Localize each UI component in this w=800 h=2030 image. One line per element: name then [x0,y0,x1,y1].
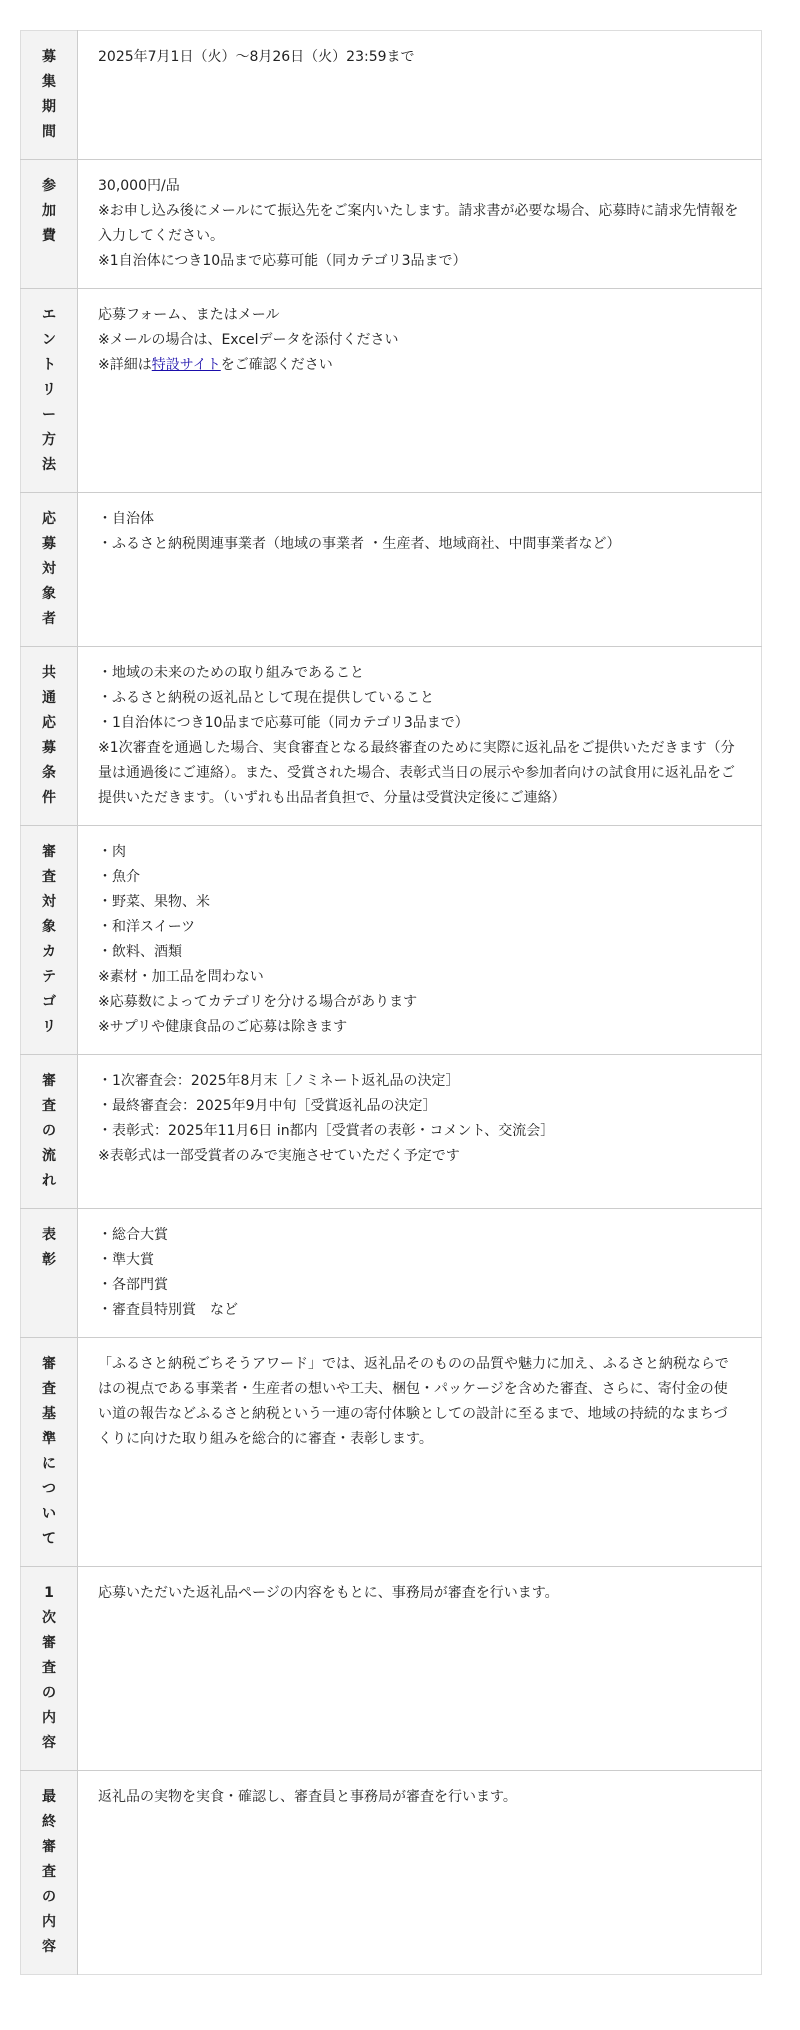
row-recruitment-period: 募集期間 2025年7月1日（火）～8月26日（火）23:59まで [21,31,762,160]
row-content: 応募いただいた返礼品ページの内容をもとに、事務局が審査を行います。 [78,1567,762,1771]
label-char: に [21,1452,77,1477]
content-line: ・野菜、果物、米 [98,890,739,915]
label-char: 共 [21,661,77,686]
row-label: 応募対象者 [21,493,78,647]
label-char: 対 [21,557,77,582]
row-final-review: 最終審査の内容 返礼品の実物を実食・確認し、審査員と事務局が審査を行います。 [21,1771,762,1975]
row-label: 表彰 [21,1209,78,1338]
label-char: 審 [21,840,77,865]
label-char: 次 [21,1606,77,1631]
row-label: 審査の流れ [21,1055,78,1209]
row-label: 最終審査の内容 [21,1771,78,1975]
label-char: 表 [21,1223,77,1248]
label-char: 象 [21,915,77,940]
row-content: ・総合大賞 ・準大賞 ・各部門賞 ・審査員特別賞 など [78,1209,762,1338]
label-char: れ [21,1169,77,1194]
row-target-categories: 審査対象カテゴリ ・肉 ・魚介 ・野菜、果物、米 ・和洋スイーツ ・飲料、酒類 … [21,826,762,1055]
label-char: 応 [21,507,77,532]
label-char: 審 [21,1069,77,1094]
content-line: ※応募数によってカテゴリを分ける場合があります [98,990,739,1015]
content-line: ・自治体 [98,507,739,532]
label-char: 応 [21,711,77,736]
label-char: 査 [21,865,77,890]
row-content: ・自治体 ・ふるさと納税関連事業者（地域の事業者 ・生産者、地域商社、中間事業者… [78,493,762,647]
label-char: ト [21,353,77,378]
content-line: ・和洋スイーツ [98,915,739,940]
row-first-review: 1次審査の内容 応募いただいた返礼品ページの内容をもとに、事務局が審査を行います… [21,1567,762,1771]
content-line: ・審査員特別賞 など [98,1298,739,1323]
label-char: て [21,1527,77,1552]
content-line: 「ふるさと納税ごちそうアワード」では、返礼品そのものの品質や魅力に加え、ふるさと… [98,1352,739,1452]
content-line: 30,000円/品 [98,174,739,199]
label-char: 募 [21,736,77,761]
label-char: 査 [21,1656,77,1681]
label-char: ゴ [21,990,77,1015]
row-label: 参加費 [21,160,78,289]
label-char: 参 [21,174,77,199]
label-char: い [21,1502,77,1527]
label-char: 象 [21,582,77,607]
label-char: ー [21,403,77,428]
row-common-conditions: 共通応募条件 ・地域の未来のための取り組みであること ・ふるさと納税の返礼品とし… [21,647,762,826]
label-char: 査 [21,1860,77,1885]
content-line: ・総合大賞 [98,1223,739,1248]
label-char: 基 [21,1402,77,1427]
label-char: 方 [21,428,77,453]
content-line: ・地域の未来のための取り組みであること [98,661,739,686]
content-line: ・ふるさと納税の返礼品として現在提供していること [98,686,739,711]
row-label: 1次審査の内容 [21,1567,78,1771]
row-label: エントリー方法 [21,289,78,493]
row-content: 30,000円/品 ※お申し込み後にメールにて振込先をご案内いたします。請求書が… [78,160,762,289]
label-char: 間 [21,120,77,145]
content-line: ※1自治体につき10品まで応募可能（同カテゴリ3品まで） [98,249,739,274]
content-line: ・肉 [98,840,739,865]
label-char: 審 [21,1631,77,1656]
award-info-table: 募集期間 2025年7月1日（火）～8月26日（火）23:59まで 参加費 30… [20,30,762,1975]
label-char: 件 [21,786,77,811]
link-suffix: をご確認ください [221,357,333,373]
content-line: ・準大賞 [98,1248,739,1273]
row-review-criteria: 審査基準について 「ふるさと納税ごちそうアワード」では、返礼品そのものの品質や魅… [21,1338,762,1567]
label-char: 法 [21,453,77,478]
label-char: 募 [21,532,77,557]
row-eligible-applicants: 応募対象者 ・自治体 ・ふるさと納税関連事業者（地域の事業者 ・生産者、地域商社… [21,493,762,647]
label-char: 費 [21,224,77,249]
row-content: ・地域の未来のための取り組みであること ・ふるさと納税の返礼品として現在提供して… [78,647,762,826]
label-char: 内 [21,1706,77,1731]
label-char: 容 [21,1731,77,1756]
content-line: 返礼品の実物を実食・確認し、審査員と事務局が審査を行います。 [98,1785,739,1810]
label-char: 集 [21,70,77,95]
content-line: 応募フォーム、またはメール [98,303,739,328]
label-char: 加 [21,199,77,224]
label-char: の [21,1681,77,1706]
content-line: ※表彰式は一部受賞者のみで実施させていただく予定です [98,1144,739,1169]
row-awards: 表彰 ・総合大賞 ・準大賞 ・各部門賞 ・審査員特別賞 など [21,1209,762,1338]
content-line: ・ふるさと納税関連事業者（地域の事業者 ・生産者、地域商社、中間事業者など） [98,532,739,557]
content-line: ・表彰式：2025年11月6日 in都内［受賞者の表彰・コメント、交流会］ [98,1119,739,1144]
label-char: 者 [21,607,77,632]
content-line: ※素材・加工品を問わない [98,965,739,990]
row-content: 「ふるさと納税ごちそうアワード」では、返礼品そのものの品質や魅力に加え、ふるさと… [78,1338,762,1567]
label-char: 1 [21,1581,77,1606]
content-line: ※1次審査を通過した場合、実食審査となる最終審査のために実際に返礼品をご提供いた… [98,736,739,811]
label-char: 彰 [21,1248,77,1273]
label-char: リ [21,378,77,403]
label-char: ン [21,328,77,353]
content-line: ・各部門賞 [98,1273,739,1298]
label-char: 流 [21,1144,77,1169]
row-content: 返礼品の実物を実食・確認し、審査員と事務局が審査を行います。 [78,1771,762,1975]
label-char: つ [21,1477,77,1502]
content-line: ※メールの場合は、Excelデータを添付ください [98,328,739,353]
label-char: の [21,1119,77,1144]
label-char: 対 [21,890,77,915]
row-content: 2025年7月1日（火）～8月26日（火）23:59まで [78,31,762,160]
content-line: ・1次審査会：2025年8月末［ノミネート返礼品の決定］ [98,1069,739,1094]
content-line: ・最終審査会：2025年9月中旬［受賞返礼品の決定］ [98,1094,739,1119]
row-label: 審査基準について [21,1338,78,1567]
content-line: ※お申し込み後にメールにて振込先をご案内いたします。請求書が必要な場合、応募時に… [98,199,739,249]
row-entry-method: エントリー方法 応募フォーム、またはメール ※メールの場合は、Excelデータを… [21,289,762,493]
label-char: 終 [21,1810,77,1835]
label-char: カ [21,940,77,965]
row-entry-fee: 参加費 30,000円/品 ※お申し込み後にメールにて振込先をご案内いたします。… [21,160,762,289]
content-line: ・飲料、酒類 [98,940,739,965]
label-char: 審 [21,1352,77,1377]
label-char: 募 [21,45,77,70]
label-char: 審 [21,1835,77,1860]
content-line: ・魚介 [98,865,739,890]
label-char: 通 [21,686,77,711]
label-char: 期 [21,95,77,120]
special-site-link[interactable]: 特設サイト [152,357,221,373]
label-char: エ [21,303,77,328]
label-char: テ [21,965,77,990]
label-char: の [21,1885,77,1910]
label-char: 査 [21,1377,77,1402]
label-char: 査 [21,1094,77,1119]
label-char: 準 [21,1427,77,1452]
label-char: 容 [21,1935,77,1960]
label-char: 最 [21,1785,77,1810]
content-line: ・1自治体につき10品まで応募可能（同カテゴリ3品まで） [98,711,739,736]
row-content: ・1次審査会：2025年8月末［ノミネート返礼品の決定］ ・最終審査会：2025… [78,1055,762,1209]
label-char: 条 [21,761,77,786]
link-prefix: ※詳細は [98,357,152,373]
content-line: 2025年7月1日（火）～8月26日（火）23:59まで [98,45,739,70]
content-line: ※サプリや健康食品のご応募は除きます [98,1015,739,1040]
label-char: リ [21,1015,77,1040]
row-label: 審査対象カテゴリ [21,826,78,1055]
row-review-flow: 審査の流れ ・1次審査会：2025年8月末［ノミネート返礼品の決定］ ・最終審査… [21,1055,762,1209]
row-content: ・肉 ・魚介 ・野菜、果物、米 ・和洋スイーツ ・飲料、酒類 ※素材・加工品を問… [78,826,762,1055]
label-char: 内 [21,1910,77,1935]
content-line-with-link: ※詳細は特設サイトをご確認ください [98,353,739,378]
row-content: 応募フォーム、またはメール ※メールの場合は、Excelデータを添付ください ※… [78,289,762,493]
content-line: 応募いただいた返礼品ページの内容をもとに、事務局が審査を行います。 [98,1581,739,1606]
row-label: 募集期間 [21,31,78,160]
row-label: 共通応募条件 [21,647,78,826]
